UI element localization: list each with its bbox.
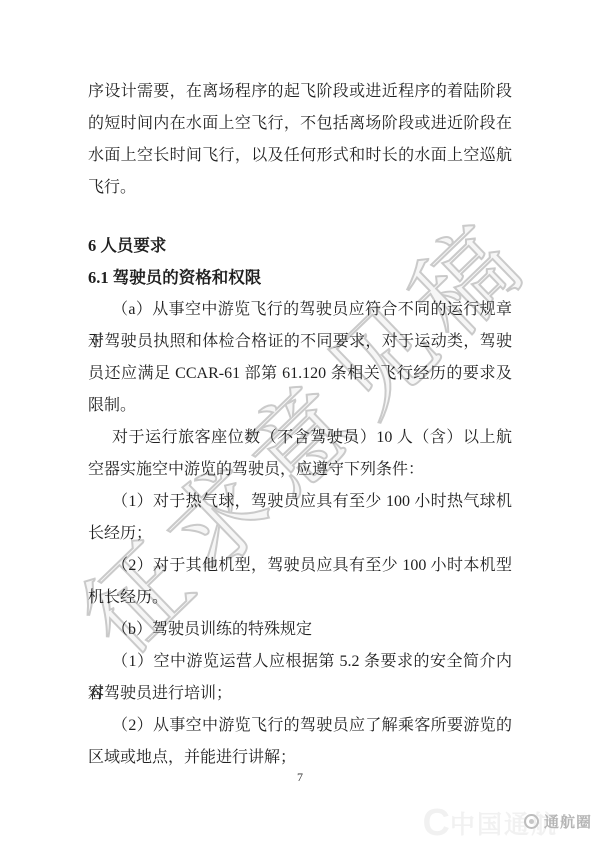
text-line: （a）从事空中游览飞行的驾驶员应符合不同的运行规章对 xyxy=(88,294,512,326)
text-line: （1）对于热气球，驾驶员应具有至少 100 小时热气球机 xyxy=(88,486,512,518)
list-item: （2）从事空中游览飞行的驾驶员应了解乘客所要游览的 区域或地点，并能进行讲解； xyxy=(88,710,512,774)
list-item: （1）空中游览运营人应根据第 5.2 条要求的安全简介内容 对驾驶员进行培训； xyxy=(88,646,512,710)
text-line: 空器实施空中游览的驾驶员，应遵守下列条件： xyxy=(88,454,512,486)
text-line: 水面上空长时间飞行，以及任何形式和时长的水面上空巡航 xyxy=(88,140,512,172)
section-heading: 6 人员要求 xyxy=(88,230,512,262)
text-line: （2）从事空中游览飞行的驾驶员应了解乘客所要游览的 xyxy=(88,710,512,742)
text-line: （2）对于其他机型，驾驶员应具有至少 100 小时本机型 xyxy=(88,550,512,582)
c-logo-glyph: C xyxy=(423,804,450,842)
faint-brand-watermark: C 中国通航 xyxy=(423,804,558,842)
text-line: 对驾驶员进行培训； xyxy=(88,678,512,710)
paragraph-b-heading: （b）驾驶员训练的特殊规定 xyxy=(88,614,512,646)
brand-label: 通航圈 xyxy=(544,811,592,832)
text-line: 的短时间内在水面上空飞行，不包括离场阶段或进近阶段在 xyxy=(88,108,512,140)
text-line: 长经历； xyxy=(88,518,512,550)
page-number: 7 xyxy=(0,770,600,785)
text-line: （1）空中游览运营人应根据第 5.2 条要求的安全简介内容 xyxy=(88,646,512,678)
paragraph: 对于运行旅客座位数（不含驾驶员）10 人（含）以上航 空器实施空中游览的驾驶员，… xyxy=(88,422,512,486)
text-line: 员还应满足 CCAR-61 部第 61.120 条相关飞行经历的要求及 xyxy=(88,358,512,390)
text-line: 序设计需要，在离场程序的起飞阶段或进近程序的着陆阶段 xyxy=(88,76,512,108)
document-page: 征求意见稿 序设计需要，在离场程序的起飞阶段或进近程序的着陆阶段 的短时间内在水… xyxy=(0,0,600,848)
text-line: 于驾驶员执照和体检合格证的不同要求，对于运动类，驾驶 xyxy=(88,326,512,358)
faint-brand-label: 中国通航 xyxy=(450,805,558,841)
brand-mark: 通航圈 xyxy=(524,811,592,832)
text-line: 飞行。 xyxy=(88,172,512,204)
text-line: 限制。 xyxy=(88,390,512,422)
subsection-heading: 6.1 驾驶员的资格和权限 xyxy=(88,262,512,294)
text-line: 机长经历。 xyxy=(88,582,512,614)
text-line: 对于运行旅客座位数（不含驾驶员）10 人（含）以上航 xyxy=(88,422,512,454)
tonghangquan-logo-icon xyxy=(524,814,539,829)
paragraph: （a）从事空中游览飞行的驾驶员应符合不同的运行规章对 于驾驶员执照和体检合格证的… xyxy=(88,294,512,422)
list-item: （1）对于热气球，驾驶员应具有至少 100 小时热气球机 长经历； xyxy=(88,486,512,550)
paragraph: 序设计需要，在离场程序的起飞阶段或进近程序的着陆阶段 的短时间内在水面上空飞行，… xyxy=(88,76,512,204)
list-item: （2）对于其他机型，驾驶员应具有至少 100 小时本机型 机长经历。 xyxy=(88,550,512,614)
document-body: 序设计需要，在离场程序的起飞阶段或进近程序的着陆阶段 的短时间内在水面上空飞行，… xyxy=(88,76,512,774)
